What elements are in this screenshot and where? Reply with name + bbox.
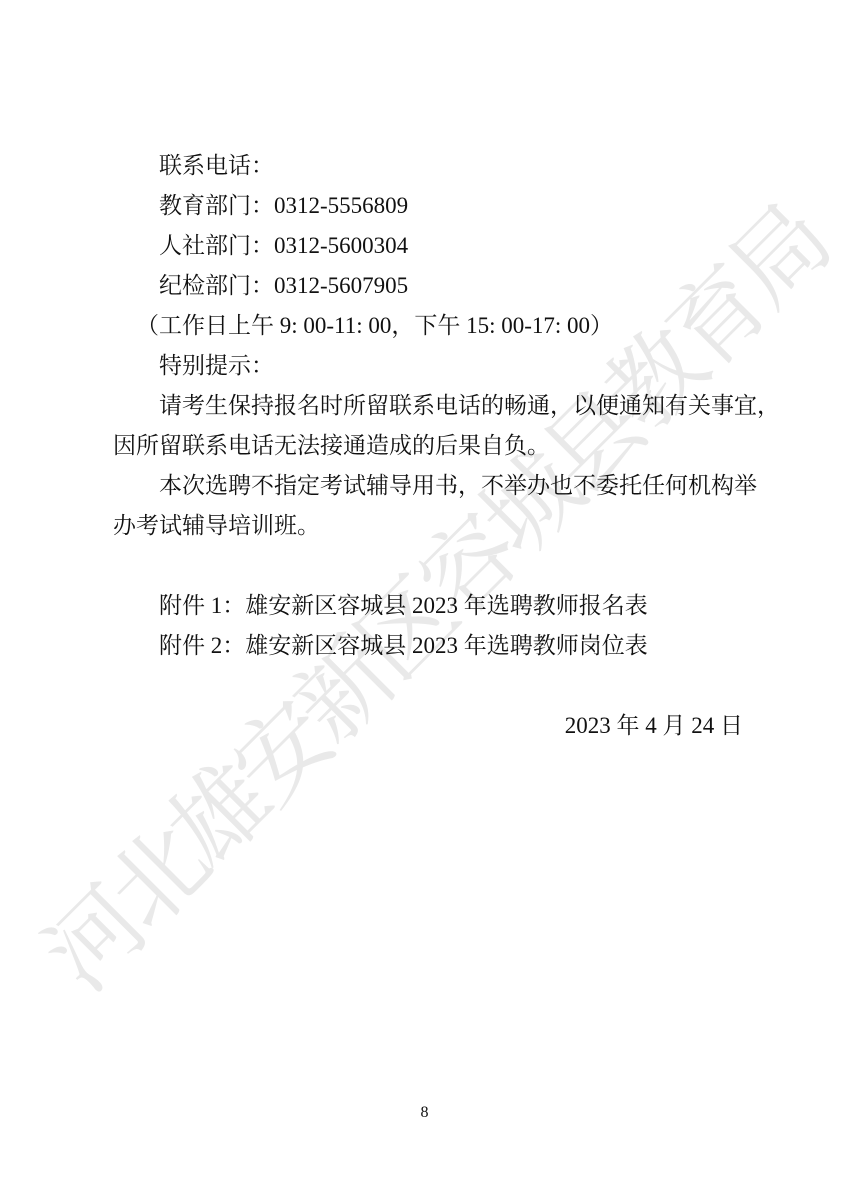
document-page: 河北雄安新区容城县教育局 联系电话： 教育部门：0312-5556809 人社部… bbox=[0, 0, 849, 1200]
special-notice-heading: 特别提示： bbox=[113, 346, 755, 386]
page-number: 8 bbox=[0, 1104, 849, 1122]
blank-line bbox=[113, 546, 755, 586]
phone-discipline-department: 纪检部门：0312-5607905 bbox=[113, 266, 755, 306]
phone-human-resources-department: 人社部门：0312-5600304 bbox=[113, 226, 755, 266]
document-date: 2023 年 4 月 24 日 bbox=[113, 706, 755, 746]
attachment-2: 附件 2：雄安新区容城县 2023 年选聘教师岗位表 bbox=[113, 626, 755, 666]
notice-phone-line-1: 请考生保持报名时所留联系电话的畅通，以便通知有关事宜， bbox=[113, 386, 755, 426]
notice-training-line-2: 办考试辅导培训班。 bbox=[113, 506, 755, 546]
phone-education-department: 教育部门：0312-5556809 bbox=[113, 186, 755, 226]
document-body: 联系电话： 教育部门：0312-5556809 人社部门：0312-560030… bbox=[113, 146, 755, 746]
contact-heading: 联系电话： bbox=[113, 146, 755, 186]
notice-training-line-1: 本次选聘不指定考试辅导用书，不举办也不委托任何机构举 bbox=[113, 466, 755, 506]
office-hours: （工作日上午 9: 00-11: 00，下午 15: 00-17: 00） bbox=[113, 306, 755, 346]
notice-phone-line-2: 因所留联系电话无法接通造成的后果自负。 bbox=[113, 426, 755, 466]
attachment-1: 附件 1：雄安新区容城县 2023 年选聘教师报名表 bbox=[113, 586, 755, 626]
blank-line bbox=[113, 666, 755, 706]
